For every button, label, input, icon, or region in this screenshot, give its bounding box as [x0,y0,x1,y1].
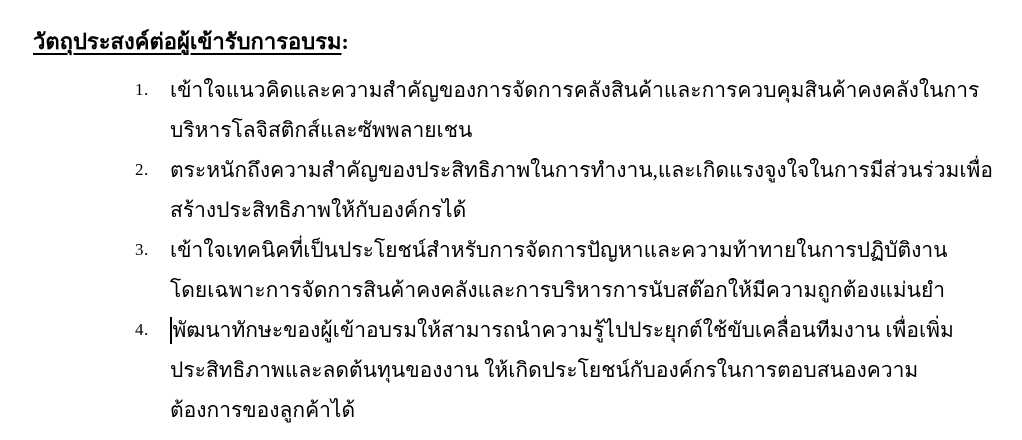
objective-line[interactable]: บริหารโลจิสติกส์และซัพพลายเชน [170,110,995,150]
objective-line[interactable]: เข้าใจเทคนิคที่เป็นประโยชน์สำหรับการจัดก… [170,230,995,270]
objective-item-3[interactable]: 3. เข้าใจเทคนิคที่เป็นประโยชน์สำหรับการจ… [135,230,995,310]
list-number: 3. [135,230,170,270]
objective-line[interactable]: สร้างประสิทธิภาพให้กับองค์กรได้ [170,190,995,230]
objective-line[interactable]: เข้าใจแนวคิดและความสำคัญของการจัดการคลัง… [170,70,995,110]
section-heading-colon: : [342,29,349,54]
objective-text[interactable]: เข้าใจแนวคิดและความสำคัญของการจัดการคลัง… [170,70,995,150]
objective-line[interactable]: พัฒนาทักษะของผู้เข้าอบรมให้สามารถนำความร… [173,318,954,342]
list-number: 4. [135,310,170,350]
objective-list: 1. เข้าใจแนวคิดและความสำคัญของการจัดการค… [135,70,995,430]
objective-item-2[interactable]: 2. ตระหนักถึงความสำคัญของประสิทธิภาพในกา… [135,150,995,230]
objective-line[interactable]: โดยเฉพาะการจัดการสินค้าคงคลังและการบริหา… [170,270,995,310]
objective-item-4[interactable]: 4. พัฒนาทักษะของผู้เข้าอบรมให้สามารถนำคว… [135,310,995,430]
section-heading[interactable]: วัตถุประสงค์ต่อผู้เข้ารับการอบรม: [33,24,349,59]
objective-line[interactable]: ประสิทธิภาพและลดต้นทุนของงาน ให้เกิดประโ… [170,350,995,390]
objective-line[interactable]: ต้องการของลูกค้าได้ [170,390,995,430]
objective-text[interactable]: เข้าใจเทคนิคที่เป็นประโยชน์สำหรับการจัดก… [170,230,995,310]
objective-text[interactable]: พัฒนาทักษะของผู้เข้าอบรมให้สามารถนำความร… [170,310,995,430]
section-heading-text: วัตถุประสงค์ต่อผู้เข้ารับการอบรม [33,29,342,54]
objective-item-1[interactable]: 1. เข้าใจแนวคิดและความสำคัญของการจัดการค… [135,70,995,150]
objective-line-with-caret[interactable]: พัฒนาทักษะของผู้เข้าอบรมให้สามารถนำความร… [170,310,995,350]
list-number: 1. [135,70,170,110]
list-number: 2. [135,150,170,190]
text-caret [170,317,172,344]
document-page[interactable]: วัตถุประสงค์ต่อผู้เข้ารับการอบรม: 1. เข้… [0,0,1022,440]
objective-line[interactable]: ตระหนักถึงความสำคัญของประสิทธิภาพในการทำ… [170,150,995,190]
objective-text[interactable]: ตระหนักถึงความสำคัญของประสิทธิภาพในการทำ… [170,150,995,230]
